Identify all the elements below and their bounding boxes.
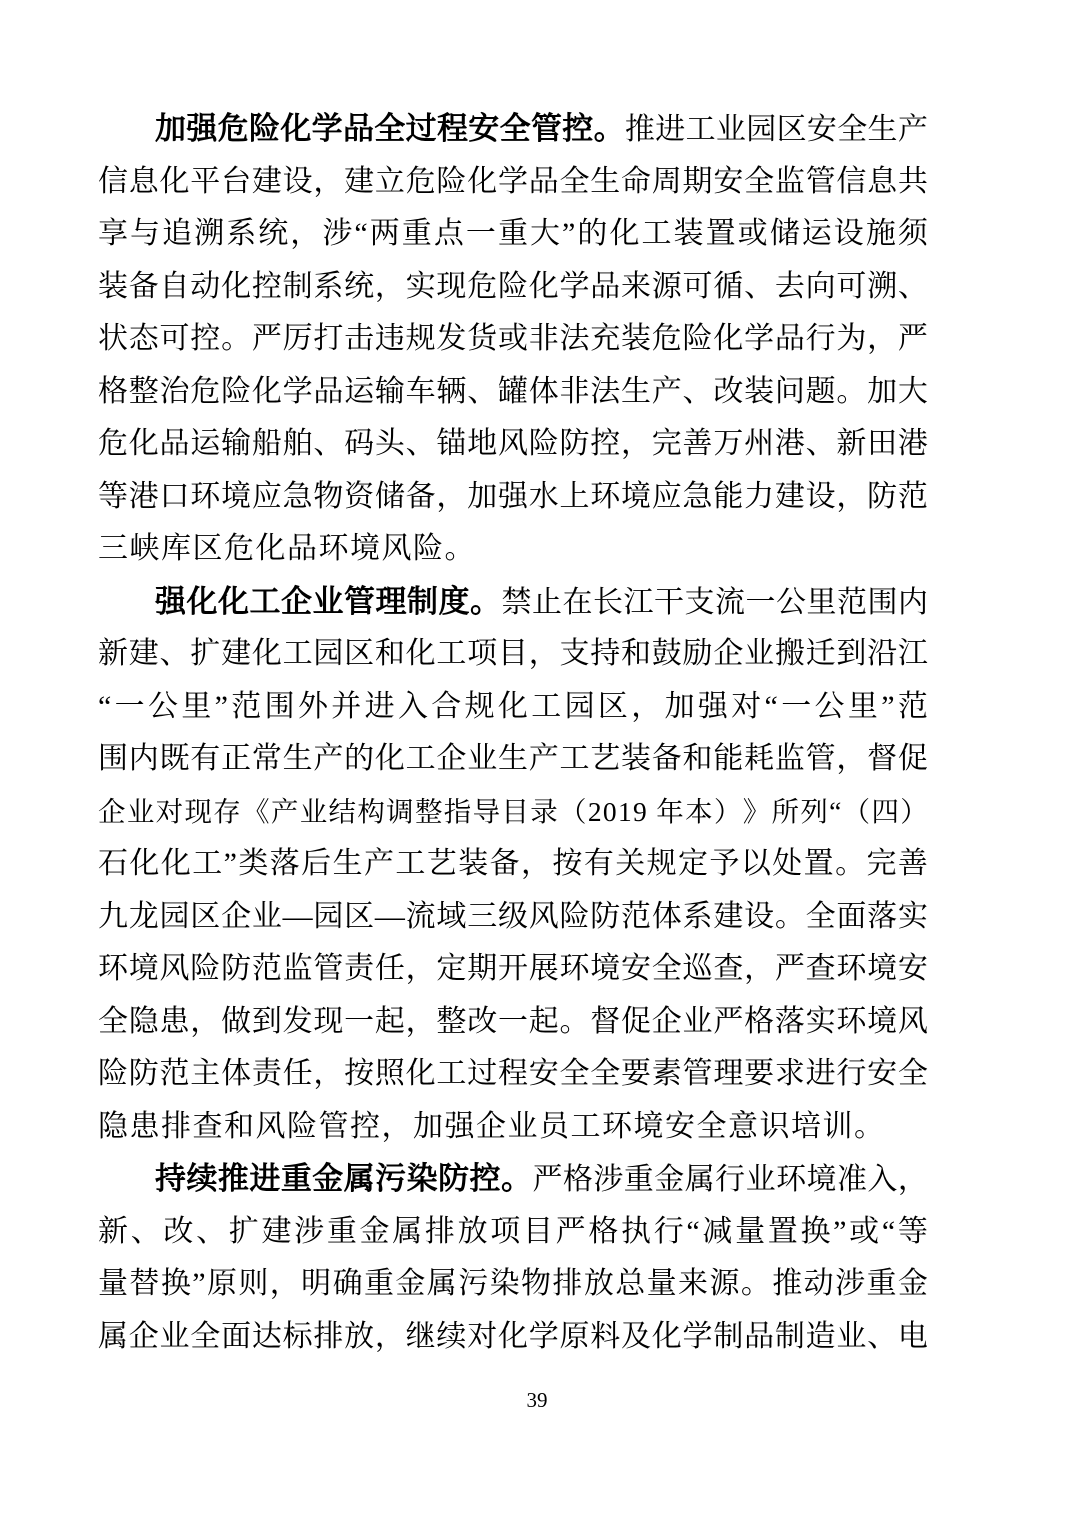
text-line: 量替换”原则，明确重金属污染物排放总量来源。推动涉重金 [98, 1258, 928, 1311]
paragraph-text: 三峡库区危化品环境风险。 [98, 532, 476, 565]
text-line: “一公里”范围外并进入合规化工园区，加强对“一公里”范 [98, 681, 928, 734]
paragraph: 持续推进重金属污染防控。严格涉重金属行业环境准入， 新、改、扩建涉重金属排放项目… [98, 1153, 928, 1363]
text-line: 格整治危险化学品运输车辆、罐体非法生产、改装问题。加大 [98, 366, 928, 419]
text-line: 险防范主体责任，按照化工过程安全全要素管理要求进行安全 [98, 1048, 928, 1101]
document-body: 加强危险化学品全过程安全管控。推进工业园区安全生产 信息化平台建设，建立危险化学… [98, 103, 928, 1363]
paragraph: 强化化工企业管理制度。禁止在长江干支流一公里范围内 新建、扩建化工园区和化工项目… [98, 576, 928, 1154]
text-line: 等港口环境应急物资储备，加强水上环境应急能力建设，防范 [98, 471, 928, 524]
text-line: 三峡库区危化品环境风险。 [98, 523, 928, 576]
document-page: 加强危险化学品全过程安全管控。推进工业园区安全生产 信息化平台建设，建立危险化学… [0, 0, 1074, 1520]
text-line: 新建、扩建化工园区和化工项目，支持和鼓励企业搬迁到沿江 [98, 628, 928, 681]
text-line: 全隐患，做到发现一起，整改一起。督促企业严格落实环境风 [98, 996, 928, 1049]
text-line: 九龙园区企业—园区—流域三级风险防范体系建设。全面落实 [98, 891, 928, 944]
text-line: 享与追溯系统，涉“两重点一重大”的化工装置或储运设施须 [98, 208, 928, 261]
text-line: 企业对现存《产业结构调整指导目录（2019 年本）》所列“（四） [98, 786, 928, 839]
text-line: 石化化工”类落后生产工艺装备，按有关规定予以处置。完善 [98, 838, 928, 891]
text-line: 加强危险化学品全过程安全管控。推进工业园区安全生产 [98, 103, 928, 156]
text-line: 持续推进重金属污染防控。严格涉重金属行业环境准入， [98, 1153, 928, 1206]
text-line: 环境风险防范监管责任，定期开展环境安全巡查，严查环境安 [98, 943, 928, 996]
text-line: 隐患排查和风险管控，加强企业员工环境安全意识培训。 [98, 1101, 928, 1154]
paragraph: 加强危险化学品全过程安全管控。推进工业园区安全生产 信息化平台建设，建立危险化学… [98, 103, 928, 576]
paragraph-text: 隐患排查和风险管控，加强企业员工环境安全意识培训。 [98, 1110, 886, 1143]
text-line: 属企业全面达标排放，继续对化学原料及化学制品制造业、电 [98, 1311, 928, 1364]
text-line: 危化品运输船舶、码头、锚地风险防控，完善万州港、新田港 [98, 418, 928, 471]
text-line: 状态可控。严厉打击违规发货或非法充装危险化学品行为，严 [98, 313, 928, 366]
page-number: 39 [0, 1386, 1074, 1414]
text-line: 信息化平台建设，建立危险化学品全生命周期安全监管信息共 [98, 156, 928, 209]
text-line: 装备自动化控制系统，实现危险化学品来源可循、去向可溯、 [98, 261, 928, 314]
text-line: 围内既有正常生产的化工企业生产工艺装备和能耗监管，督促 [98, 733, 928, 786]
text-line: 强化化工企业管理制度。禁止在长江干支流一公里范围内 [98, 576, 928, 629]
text-line: 新、改、扩建涉重金属排放项目严格执行“减量置换”或“等 [98, 1206, 928, 1259]
